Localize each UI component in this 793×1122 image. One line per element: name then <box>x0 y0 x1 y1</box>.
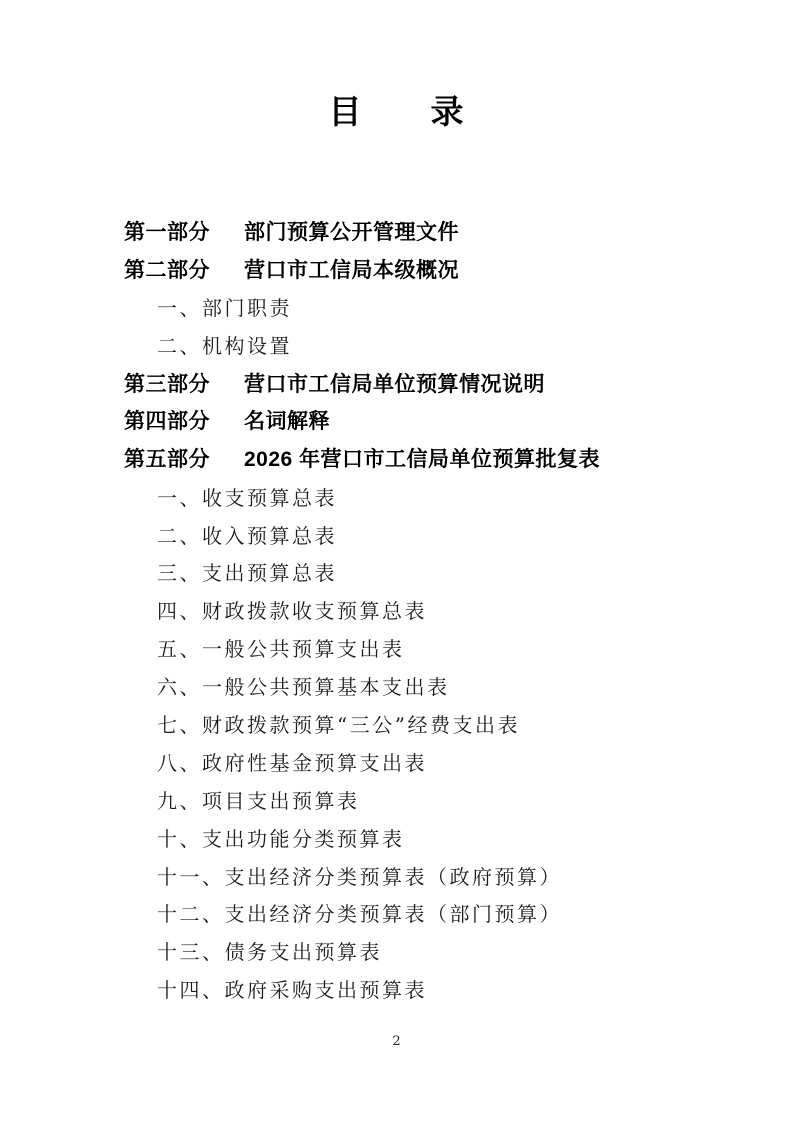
toc-item-entry: 十、支出功能分类预算表 <box>124 818 744 856</box>
toc-item-text: 十、支出功能分类预算表 <box>157 823 405 852</box>
document-page: 目 录 第一部分部门预算公开管理文件第二部分营口市工信局本级概况一、部门职责二、… <box>0 0 793 1122</box>
toc-item-text: 十四、政府采购支出预算表 <box>157 974 427 1003</box>
toc-part-entry: 第一部分部门预算公开管理文件 <box>124 212 744 250</box>
toc-item-entry: 十四、政府采购支出预算表 <box>124 970 744 1008</box>
toc-item-entry: 九、项目支出预算表 <box>124 780 744 818</box>
toc-part-title: 营口市工信局本级概况 <box>244 254 459 284</box>
toc-item-text: 二、收入预算总表 <box>157 520 337 549</box>
toc-item-entry: 五、一般公共预算支出表 <box>124 629 744 667</box>
toc-item-entry: 八、政府性基金预算支出表 <box>124 742 744 780</box>
toc-part-title: 营口市工信局单位预算情况说明 <box>244 368 545 398</box>
toc-item-entry: 一、收支预算总表 <box>124 477 744 515</box>
toc-part-label: 第三部分 <box>124 368 244 398</box>
toc-part-title: 部门预算公开管理文件 <box>244 216 459 246</box>
toc-item-text: 七、财政拨款预算“三公”经费支出表 <box>157 709 520 738</box>
toc-part-title: 名词解释 <box>244 405 330 435</box>
toc-part-label: 第五部分 <box>124 443 244 473</box>
toc-item-text: 五、一般公共预算支出表 <box>157 633 405 662</box>
toc-part-entry: 第二部分营口市工信局本级概况 <box>124 250 744 288</box>
toc-item-entry: 三、支出预算总表 <box>124 553 744 591</box>
toc-item-entry: 二、机构设置 <box>124 326 744 364</box>
toc-part-entry: 第三部分营口市工信局单位预算情况说明 <box>124 364 744 402</box>
toc-item-text: 九、项目支出预算表 <box>157 785 360 814</box>
toc-part-entry: 第五部分2026 年营口市工信局单位预算批复表 <box>124 439 744 477</box>
toc-list: 第一部分部门预算公开管理文件第二部分营口市工信局本级概况一、部门职责二、机构设置… <box>124 212 744 1008</box>
toc-part-label: 第四部分 <box>124 405 244 435</box>
toc-part-label: 第二部分 <box>124 254 244 284</box>
toc-item-text: 十三、债务支出预算表 <box>157 936 382 965</box>
toc-item-entry: 十一、支出经济分类预算表（政府预算） <box>124 856 744 894</box>
toc-item-entry: 一、部门职责 <box>124 288 744 326</box>
toc-item-text: 一、收支预算总表 <box>157 482 337 511</box>
toc-item-text: 十二、支出经济分类预算表（部门预算） <box>157 898 562 927</box>
toc-item-entry: 二、收入预算总表 <box>124 515 744 553</box>
toc-item-text: 八、政府性基金预算支出表 <box>157 747 427 776</box>
toc-part-title: 2026 年营口市工信局单位预算批复表 <box>244 443 600 473</box>
toc-item-text: 十一、支出经济分类预算表（政府预算） <box>157 861 562 890</box>
page-number: 2 <box>0 1034 793 1049</box>
toc-item-text: 一、部门职责 <box>157 292 292 321</box>
toc-item-text: 三、支出预算总表 <box>157 557 337 586</box>
toc-part-label: 第一部分 <box>124 216 244 246</box>
toc-item-entry: 七、财政拨款预算“三公”经费支出表 <box>124 705 744 743</box>
toc-item-text: 六、一般公共预算基本支出表 <box>157 671 450 700</box>
document-title: 目 录 <box>0 92 793 132</box>
toc-item-entry: 十二、支出经济分类预算表（部门预算） <box>124 894 744 932</box>
toc-item-text: 二、机构设置 <box>157 330 292 359</box>
toc-item-entry: 四、财政拨款收支预算总表 <box>124 591 744 629</box>
toc-item-entry: 十三、债务支出预算表 <box>124 932 744 970</box>
toc-item-text: 四、财政拨款收支预算总表 <box>157 595 427 624</box>
toc-part-entry: 第四部分名词解释 <box>124 401 744 439</box>
toc-item-entry: 六、一般公共预算基本支出表 <box>124 667 744 705</box>
